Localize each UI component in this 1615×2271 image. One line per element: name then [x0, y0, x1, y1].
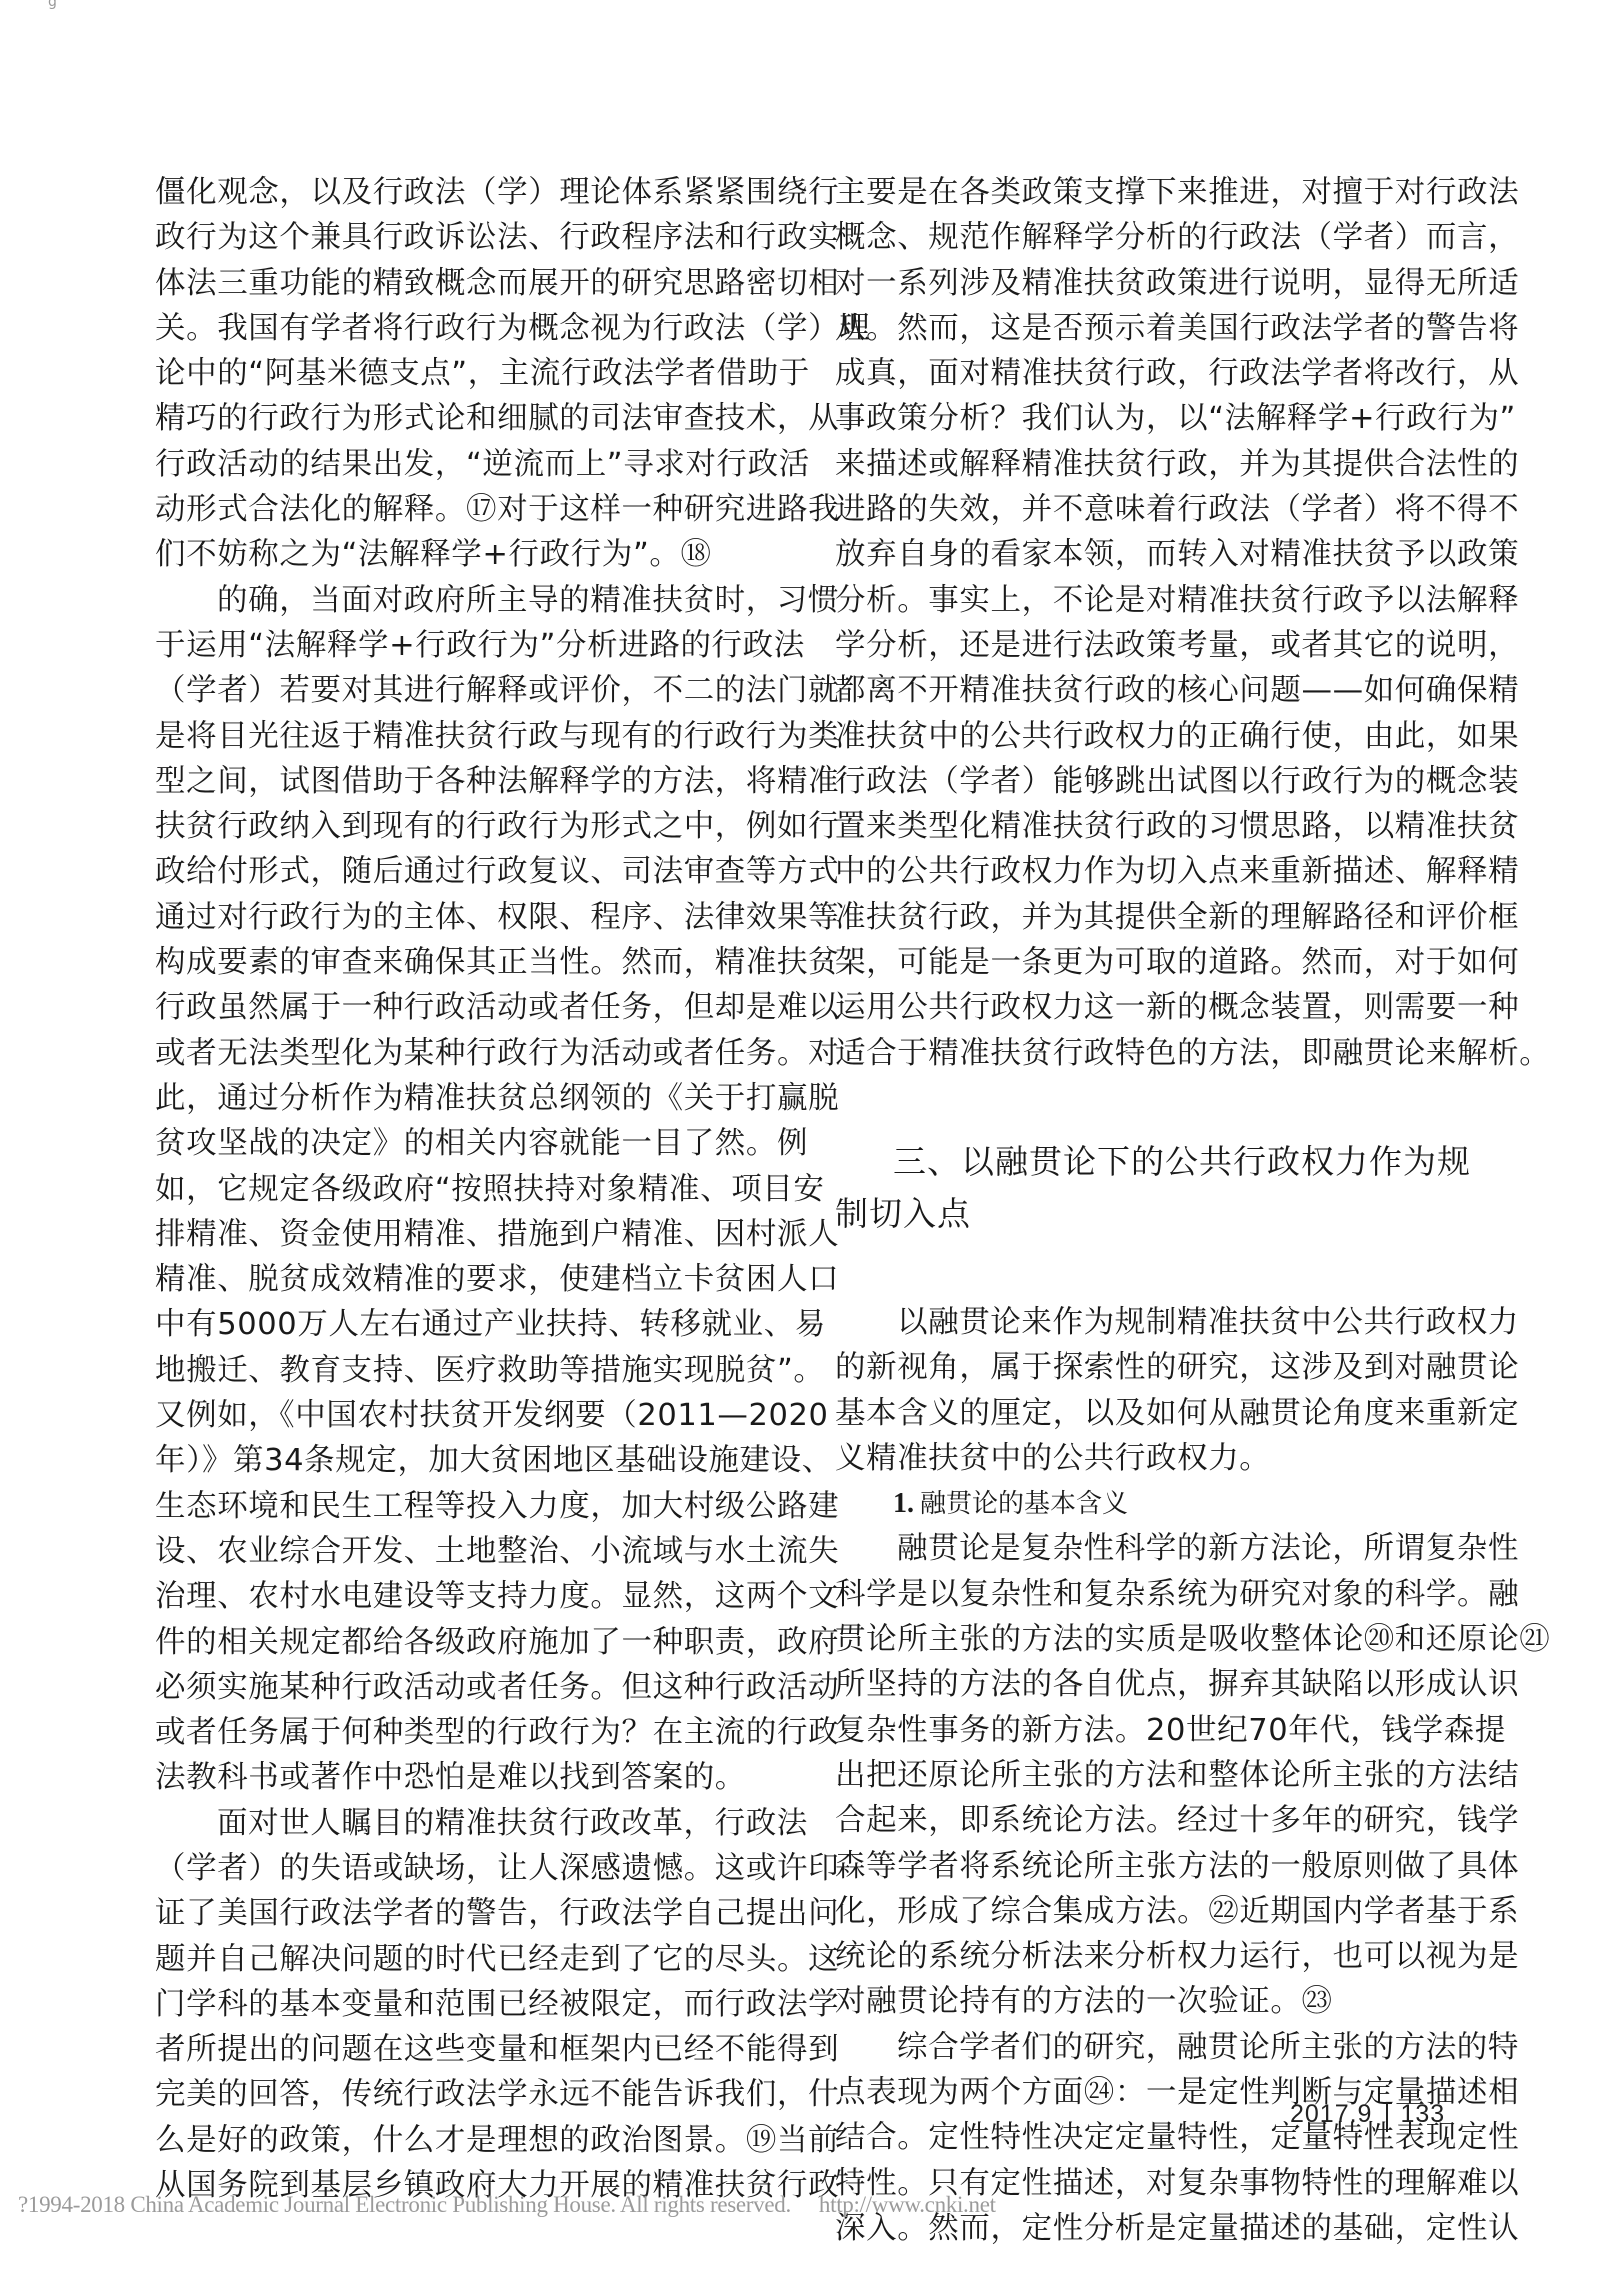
text-line: 学分析，还是进行法政策考量，或者其它的说明，: [835, 623, 1481, 668]
subsection-title: 融贯论的基本含义: [920, 1489, 1128, 1519]
section-heading-line-2: 制切入点: [835, 1188, 1481, 1240]
text-line: 必须实施某种行政活动或者任务。但这种行政活动: [155, 1665, 801, 1710]
right-column: 主要是在各类政策支撑下来推进，对擅于对行政法 概念、规范作解释学分析的行政法（学…: [835, 170, 1481, 2251]
text-line: 型之间，试图借助于各种法解释学的方法，将精准: [155, 759, 801, 804]
text-line: 事政策分析？我们认为，以“法解释学+行政行为”: [835, 396, 1481, 441]
section-heading-line-1: 三、以融贯论下的公共行政权力作为规: [835, 1136, 1481, 1188]
copyright-notice: ?1994-2018 China Academic Journal Electr…: [18, 2192, 996, 2218]
paragraph-start-line: 以融贯论来作为规制精准扶贫中公共行政权力: [835, 1300, 1481, 1345]
text-line: 中的公共行政权力作为切入点来重新描述、解释精: [835, 849, 1481, 894]
section-spacer: [835, 1240, 1481, 1300]
text-line: 于运用“法解释学+行政行为”分析进路的行政法: [155, 623, 801, 668]
text-line: 件的相关规定都给各级政府施加了一种职责，政府: [155, 1620, 801, 1665]
text-line: 架，可能是一条更为可取的道路。然而，对于如何: [835, 940, 1481, 985]
page-number: 133: [1400, 2100, 1445, 2128]
text-line: 们不妨称之为“法解释学+行政行为”。⑱: [155, 532, 801, 577]
footer-divider: [1386, 2102, 1388, 2132]
text-line: 置来类型化精准扶贫行政的习惯思路，以精准扶贫: [835, 804, 1481, 849]
text-line: 概念、规范作解释学分析的行政法（学者）而言，: [835, 215, 1481, 260]
text-line: 僵化观念，以及行政法（学）理论体系紧紧围绕行: [155, 170, 801, 215]
text-line: 门学科的基本变量和范围已经被限定，而行政法学: [155, 1982, 801, 2027]
text-line: 或者任务属于何种类型的行政行为？在主流的行政: [155, 1710, 801, 1755]
text-line: 对融贯论持有的方法的一次验证。㉓: [835, 1979, 1481, 2024]
text-line: 来描述或解释精准扶贫行政，并为其提供合法性的: [835, 442, 1481, 487]
text-line: 复杂性事务的新方法。20世纪70年代，钱学森提: [835, 1708, 1481, 1753]
text-line: 准扶贫行政，并为其提供全新的理解路径和评价框: [835, 895, 1481, 940]
text-line: 基本含义的厘定，以及如何从融贯论角度来重新定: [835, 1391, 1481, 1436]
text-line: 生态环境和民生工程等投入力度，加大村级公路建: [155, 1484, 801, 1529]
text-line: 排精准、资金使用精准、措施到户精准、因村派人: [155, 1212, 801, 1257]
text-line: 扶贫行政纳入到现有的行政行为形式之中，例如行: [155, 804, 801, 849]
text-line: 贫攻坚战的决定》的相关内容就能一目了然。例: [155, 1121, 801, 1166]
text-line: 科学是以复杂性和复杂系统为研究对象的科学。融: [835, 1572, 1481, 1617]
text-line: （学者）若要对其进行解释或评价，不二的法门就: [155, 668, 801, 713]
text-line: 如，它规定各级政府“按照扶持对象精准、项目安: [155, 1167, 801, 1212]
text-line: 地搬迁、教育支持、医疗救助等措施实现脱贫”。: [155, 1348, 801, 1393]
issue-date: 2017.9: [1290, 2100, 1372, 2128]
text-line: 设、农业综合开发、土地整治、小流域与水土流失: [155, 1529, 801, 1574]
text-line: 体法三重功能的精致概念而展开的研究思路密切相: [155, 261, 801, 306]
text-line: 或者无法类型化为某种行政行为活动或者任务。对: [155, 1031, 801, 1076]
paragraph-start-line: 的确，当面对政府所主导的精准扶贫时，习惯: [155, 578, 801, 623]
text-line: 运用公共行政权力这一新的概念装置，则需要一种: [835, 985, 1481, 1030]
paragraph-start-line: 综合学者们的研究，融贯论所主张的方法的特: [835, 2025, 1481, 2070]
section-spacer: [835, 1076, 1481, 1136]
text-line: 主要是在各类政策支撑下来推进，对擅于对行政法: [835, 170, 1481, 215]
text-line: 的新视角，属于探索性的研究，这涉及到对融贯论: [835, 1345, 1481, 1390]
text-line: 行政虽然属于一种行政活动或者任务，但却是难以: [155, 985, 801, 1030]
text-line: 题并自己解决问题的时代已经走到了它的尽头。这: [155, 1937, 801, 1982]
text-line: 出把还原论所主张的方法和整体论所主张的方法结: [835, 1753, 1481, 1798]
text-line: 行政活动的结果出发，“逆流而上”寻求对行政活: [155, 442, 801, 487]
subsection-heading: 1.融贯论的基本含义: [835, 1481, 1481, 1526]
text-line: 行政法（学者）能够跳出试图以行政行为的概念装: [835, 759, 1481, 804]
text-line: 成真，面对精准扶贫行政，行政法学者将改行，从: [835, 351, 1481, 396]
text-line: 合起来，即系统论方法。经过十多年的研究，钱学: [835, 1798, 1481, 1843]
copyright-text: ?1994-2018 China Academic Journal Electr…: [18, 2192, 791, 2217]
page-footer: 2017.9133: [1290, 2100, 1445, 2132]
text-line: 动形式合法化的解释。⑰对于这样一种研究进路我: [155, 487, 801, 532]
text-line: 化，形成了综合集成方法。㉒近期国内学者基于系: [835, 1889, 1481, 1934]
page-corner-mark: g: [48, 0, 57, 10]
text-line: 从。然而，这是否预示着美国行政法学者的警告将: [835, 306, 1481, 351]
text-line: （学者）的失语或缺场，让人深感遗憾。这或许印: [155, 1846, 801, 1891]
text-line: 森等学者将系统论所主张方法的一般原则做了具体: [835, 1844, 1481, 1889]
text-line: 放弃自身的看家本领，而转入对精准扶贫予以政策: [835, 532, 1481, 577]
subsection-number: 1.: [893, 1488, 914, 1519]
text-line: 统论的系统分析法来分析权力运行，也可以视为是: [835, 1934, 1481, 1979]
text-line: 分析。事实上，不论是对精准扶贫行政予以法解释: [835, 578, 1481, 623]
text-line: 对一系列涉及精准扶贫政策进行说明，显得无所适: [835, 261, 1481, 306]
text-line: 政给付形式，随后通过行政复议、司法审查等方式: [155, 849, 801, 894]
text-line: 准扶贫中的公共行政权力的正确行使，由此，如果: [835, 714, 1481, 759]
paragraph-start-line: 融贯论是复杂性科学的新方法论，所谓复杂性: [835, 1526, 1481, 1571]
text-line: 通过对行政行为的主体、权限、程序、法律效果等: [155, 895, 801, 940]
text-line: 政行为这个兼具行政诉讼法、行政程序法和行政实: [155, 215, 801, 260]
text-line: 又例如，《中国农村扶贫开发纲要（2011—2020: [155, 1393, 801, 1438]
paragraph-start-line: 面对世人瞩目的精准扶贫行政改革，行政法: [155, 1801, 801, 1846]
text-line: 义精准扶贫中的公共行政权力。: [835, 1436, 1481, 1481]
text-line: 么是好的政策，什么才是理想的政治图景。⑲当前: [155, 2118, 801, 2163]
text-line: 贯论所主张的方法的实质是吸收整体论⑳和还原论㉑: [835, 1617, 1481, 1662]
text-line: 进路的失效，并不意味着行政法（学者）将不得不: [835, 487, 1481, 532]
text-line: 都离不开精准扶贫行政的核心问题——如何确保精: [835, 668, 1481, 713]
text-line: 是将目光往返于精准扶贫行政与现有的行政行为类: [155, 714, 801, 759]
text-line: 此，通过分析作为精准扶贫总纲领的《关于打赢脱: [155, 1076, 801, 1121]
text-line: 法教科书或著作中恐怕是难以找到答案的。: [155, 1755, 801, 1800]
copyright-url: http://www.cnki.net: [819, 2192, 996, 2217]
text-line: 构成要素的审查来确保其正当性。然而，精准扶贫: [155, 940, 801, 985]
text-line: 精巧的行政行为形式论和细腻的司法审查技术，从: [155, 396, 801, 441]
text-line: 所坚持的方法的各自优点，摒弃其缺陷以形成认识: [835, 1662, 1481, 1707]
text-line: 完美的回答，传统行政法学永远不能告诉我们，什: [155, 2072, 801, 2117]
text-line: 精准、脱贫成效精准的要求，使建档立卡贫困人口: [155, 1257, 801, 1302]
text-line: 者所提出的问题在这些变量和框架内已经不能得到: [155, 2027, 801, 2072]
text-line: 治理、农村水电建设等支持力度。显然，这两个文: [155, 1574, 801, 1619]
text-line: 中有5000万人左右通过产业扶持、转移就业、易: [155, 1302, 801, 1347]
text-line: 适合于精准扶贫行政特色的方法，即融贯论来解析。: [835, 1031, 1481, 1076]
left-column: 僵化观念，以及行政法（学）理论体系紧紧围绕行 政行为这个兼具行政诉讼法、行政程序…: [155, 170, 801, 2208]
text-line: 证了美国行政法学者的警告，行政法学自己提出问: [155, 1891, 801, 1936]
text-line: 关。我国有学者将行政行为概念视为行政法（学）理: [155, 306, 801, 351]
text-line: 论中的“阿基米德支点”，主流行政法学者借助于: [155, 351, 801, 396]
text-line: 年）》第34条规定，加大贫困地区基础设施建设、: [155, 1438, 801, 1483]
